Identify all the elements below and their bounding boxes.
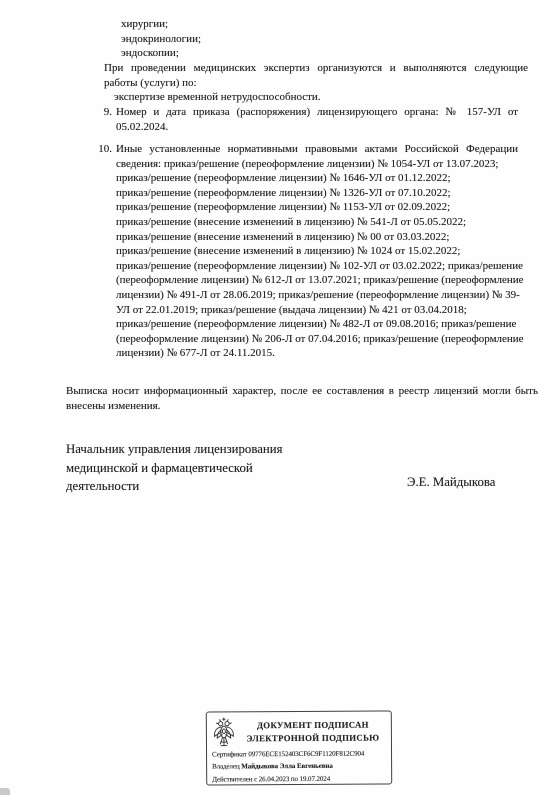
esignature-stamp: ДОКУМЕНТ ПОДПИСАН ЭЛЕКТРОННОЙ ПОДПИСЬЮ С… (206, 710, 392, 785)
validity-value: с 26.04.2023 по 19.07.2024 (254, 775, 330, 783)
signatory-title-line: медицинской и фармацевтической (66, 459, 282, 478)
expertise-intro: При проведении медицинских экспертиз орг… (104, 61, 528, 90)
item-9-line: Номер и дата приказа (распоряжения) лице… (116, 105, 518, 120)
services-list: хирургии; эндокринологии; эндоскопии; (121, 17, 201, 61)
item-10-line: приказ/решение (внесение изменений в лиц… (116, 230, 518, 245)
item-10-line: лицензии) № 491-Л от 28.06.2019; приказ/… (116, 288, 518, 303)
signatory-title: Начальник управления лицензирования меди… (66, 440, 282, 496)
expertise-intro-line: При проведении медицинских экспертиз орг… (104, 61, 528, 76)
owner-value: Майдыкова Элла Евгеньевна (241, 762, 333, 771)
russian-coat-of-arms-icon (212, 716, 236, 748)
esignature-stamp-title-line: ДОКУМЕНТ ПОДПИСАН (240, 719, 386, 732)
item-10-line: приказ/решение (внесение изменений в лиц… (116, 215, 518, 230)
owner-label: Владелец (212, 763, 240, 771)
item-10-line: приказ/решение (переоформление лицензии)… (116, 200, 518, 215)
service-item: хирургии; (121, 17, 201, 32)
item-10: 10. Иные установленные нормативными прав… (116, 142, 518, 361)
signatory-title-line: деятельности (66, 477, 282, 496)
signatory-title-line: Начальник управления лицензирования (66, 440, 282, 459)
license-extract-page: хирургии; эндокринологии; эндоскопии; Пр… (0, 0, 557, 796)
esignature-stamp-header: ДОКУМЕНТ ПОДПИСАН ЭЛЕКТРОННОЙ ПОДПИСЬЮ (212, 714, 386, 748)
expertise-item: экспертизе временной нетрудоспособности. (114, 90, 321, 105)
information-note-line: Выписка носит информационный характер, п… (66, 384, 538, 399)
item-10-line: лицензии) № 677-Л от 24.11.2015. (116, 346, 518, 361)
item-9: 9. Номер и дата приказа (распоряжения) л… (116, 105, 518, 134)
item-10-line: приказ/решение (переоформление лицензии)… (116, 259, 518, 274)
item-10-line: (переоформление лицензии) № 206-Л от 07.… (116, 332, 518, 347)
validity-row: Действителен с 26.04.2023 по 19.07.2024 (212, 772, 386, 785)
owner-row: Владелец Майдыкова Элла Евгеньевна (212, 760, 386, 773)
signatory-name: Э.Е. Майдыкова (407, 475, 495, 490)
item-10-line: УЛ от 22.01.2019; приказ/решение (выдача… (116, 303, 518, 318)
item-10-line: приказ/решение (переоформление лицензии)… (116, 317, 518, 332)
esignature-stamp-title-line: ЭЛЕКТРОННОЙ ПОДПИСЬЮ (240, 731, 386, 744)
validity-label: Действителен (212, 775, 252, 783)
item-10-line: приказ/решение (внесение изменений в лиц… (116, 244, 518, 259)
expertise-intro-line: работы (услуги) по: (104, 76, 528, 91)
item-10-line: приказ/решение (переоформление лицензии)… (116, 171, 518, 186)
item-9-line: 05.02.2024. (116, 120, 518, 135)
scan-artifact (0, 788, 10, 795)
service-item: эндокринологии; (121, 32, 201, 47)
item-10-line: сведения: приказ/решение (переоформление… (116, 157, 518, 172)
information-note: Выписка носит информационный характер, п… (66, 384, 538, 413)
certificate-value: 09776ECE152403CF6C9F1120F812C904 (248, 750, 364, 759)
item-10-number: 10. (98, 142, 112, 157)
certificate-label: Сертификат (212, 750, 247, 758)
item-10-line: (переоформление лицензии) № 612-Л от 13.… (116, 273, 518, 288)
item-10-line: приказ/решение (переоформление лицензии)… (116, 186, 518, 201)
information-note-line: внесены изменения. (66, 399, 538, 414)
item-9-number: 9. (104, 105, 112, 120)
item-10-line: Иные установленные нормативными правовым… (116, 142, 518, 157)
esignature-stamp-title: ДОКУМЕНТ ПОДПИСАН ЭЛЕКТРОННОЙ ПОДПИСЬЮ (240, 719, 386, 744)
certificate-row: Сертификат 09776ECE152403CF6C9F1120F812C… (212, 747, 386, 760)
service-item: эндоскопии; (121, 46, 201, 61)
